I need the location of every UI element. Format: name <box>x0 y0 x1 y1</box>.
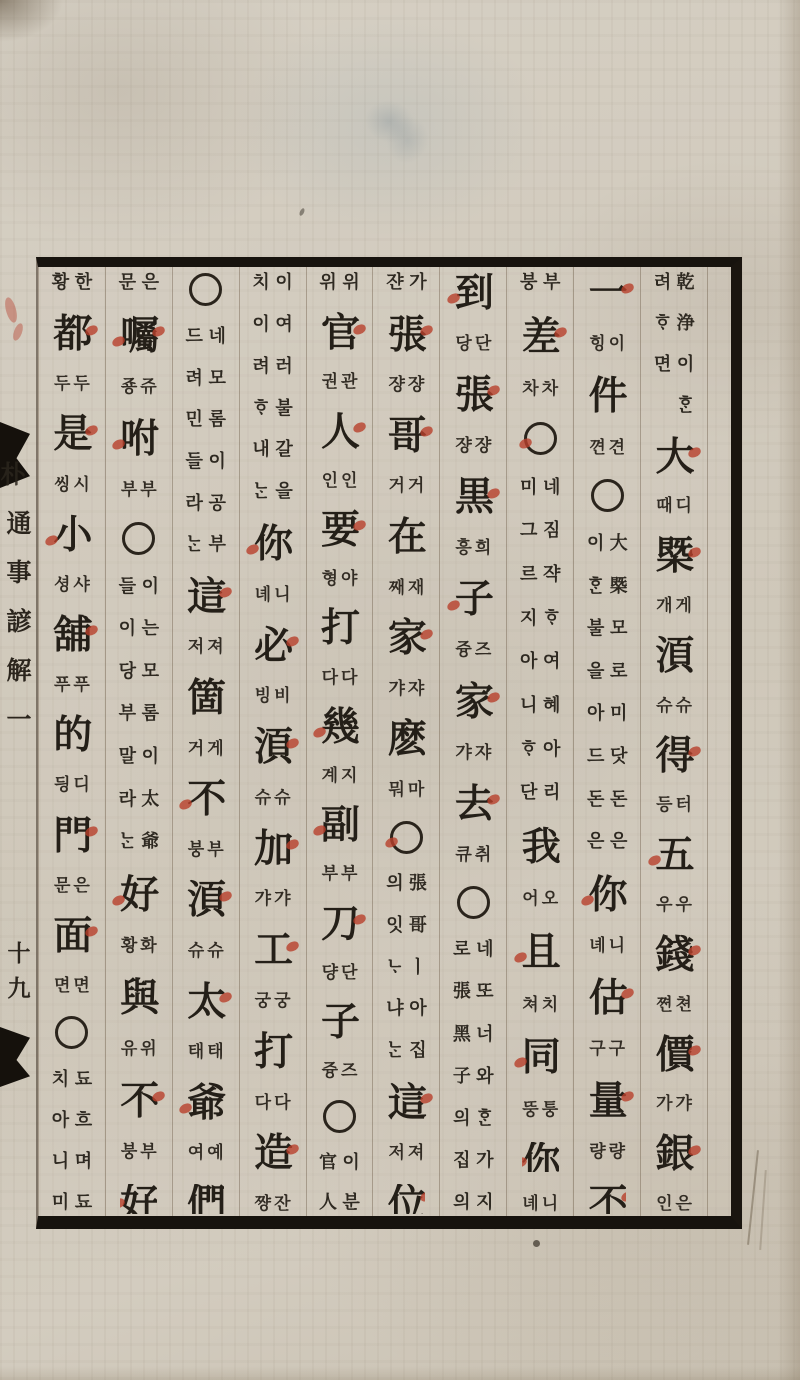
hangul-reading: 부 <box>140 481 156 500</box>
gloss-text-row: 문은 <box>106 273 172 294</box>
gloss-text-row: 붕부 <box>507 273 573 294</box>
blank-column <box>707 267 731 1216</box>
gloss-char: 의 <box>385 874 405 895</box>
gloss-char: 민 <box>184 410 204 431</box>
folio-margin: 朴通事諺解一 十九 <box>0 257 36 1229</box>
hangul-reading: 인 <box>656 1195 672 1214</box>
hangul-reading-pair: 등터 <box>656 796 692 815</box>
hangul-reading: 구 <box>609 1040 625 1059</box>
hangul-reading: 져 <box>408 1144 424 1163</box>
ink-smudge <box>353 88 436 171</box>
text-column: 드네려모민롬들이라공ᄂᆞᆫ부這저져箇거게不붕부湏슈슈太태태爺여예們 <box>172 267 239 1216</box>
hangul-reading-pair: 개게 <box>656 597 692 616</box>
gloss-char: ᄂᆞᆫ <box>117 832 137 853</box>
hangul-reading-pair: 큐취 <box>455 846 491 865</box>
hangul-reading: 희 <box>475 539 491 558</box>
hangul-reading-pair: 뚱퉁 <box>522 1101 558 1120</box>
hanja-character: 們 <box>187 1184 224 1214</box>
hangul-reading: 죵 <box>121 378 137 397</box>
gloss-text-row: 면이 <box>641 355 707 376</box>
gloss-char: ᄂᆞᆫ <box>385 1041 405 1062</box>
gloss-char: 이 <box>341 1153 361 1174</box>
gloss-char: 니 <box>50 1152 70 1173</box>
gloss-char: ᄒᆞᆫ <box>676 396 696 417</box>
hanja-character: 的 <box>53 715 90 756</box>
gloss-char: 가 <box>475 1151 495 1172</box>
gloss-char: 乾 <box>676 273 696 294</box>
hangul-reading: 취 <box>475 846 491 865</box>
hangul-reading: 궁 <box>255 992 271 1011</box>
page-number-char: 九 <box>6 970 32 1003</box>
hangul-reading-pair: 부부 <box>322 865 358 884</box>
hanja-glyph: 小 <box>53 512 90 558</box>
gloss-char: 아 <box>50 1111 70 1132</box>
hanja-glyph: 這 <box>388 1080 425 1126</box>
circle-separator <box>323 1100 356 1133</box>
hanja-character: 造 <box>254 1133 291 1174</box>
gloss-text-row: 냐아 <box>373 999 439 1020</box>
gloss-text-row: 말이 <box>106 747 172 768</box>
hanja-character: 門 <box>53 816 90 857</box>
hanja-character: 得 <box>656 736 693 777</box>
hangul-reading-pair: 슈슈 <box>255 789 291 808</box>
hangul-reading: 권 <box>322 373 338 392</box>
hanja-character: 同 <box>522 1037 559 1078</box>
gloss-text-row: ᄒᆞ浄 <box>641 314 707 335</box>
hangul-reading: 쳐 <box>522 996 538 1015</box>
hanja-character: 家 <box>388 618 425 659</box>
gloss-char: 여 <box>542 652 562 673</box>
hanja-glyph: 得 <box>656 733 693 779</box>
hanja-character: 這 <box>187 577 224 618</box>
gloss-char: 내 <box>251 440 271 461</box>
hanja-character: 是 <box>53 414 90 455</box>
gloss-char: 아 <box>519 652 539 673</box>
hanja-character: 不 <box>589 1184 626 1214</box>
hangul-reading-pair: 녜니 <box>589 937 625 956</box>
gloss-text-row: 들이 <box>106 577 172 598</box>
gloss-char: 은 <box>140 273 160 294</box>
hanja-character: 一 <box>589 273 626 314</box>
gloss-char: 르 <box>519 565 539 586</box>
gloss-char: 로 <box>452 940 472 961</box>
gloss-char <box>653 396 673 417</box>
hangul-reading-pair: 죵쥬 <box>121 378 157 397</box>
gloss-char: 미 <box>50 1193 70 1214</box>
hangul-reading-pair: 슈슈 <box>188 942 224 961</box>
gloss-char: 張 <box>452 982 472 1003</box>
hangul-reading: 갸 <box>676 1095 692 1114</box>
hanja-glyph: 要 <box>321 507 358 553</box>
text-column: 쟌가張쟝쟝哥거거在째재家갸쟈麽뭐마의張잇哥ᄂᆞㅣ냐아ᄂᆞᆫ집這저져位 <box>372 267 439 1216</box>
hangul-reading-pair: 녜니 <box>255 586 291 605</box>
hanja-glyph: 必 <box>254 623 291 669</box>
hangul-reading: 어 <box>522 890 538 909</box>
hangul-reading-pair: 저져 <box>388 1144 424 1163</box>
hanja-character: 你 <box>254 524 291 565</box>
hanja-glyph: 你 <box>522 1142 559 1172</box>
hangul-reading: 면 <box>73 977 89 996</box>
hangul-reading: 은 <box>676 1195 692 1214</box>
gloss-char: 이 <box>251 315 271 336</box>
hangul-reading-pair: 우우 <box>656 896 692 915</box>
gloss-char: 또 <box>475 982 495 1003</box>
hangul-reading: 당 <box>455 335 471 354</box>
hangul-reading: 슈 <box>188 942 204 961</box>
hangul-reading: 두 <box>54 375 70 394</box>
hangul-reading: 거 <box>388 477 404 496</box>
gloss-text-row: 부롬 <box>106 704 172 725</box>
gloss-char: ᄒᆞᆫ <box>475 1109 495 1130</box>
circle-separator <box>457 886 490 919</box>
hangul-reading-pair: 부부 <box>121 481 157 500</box>
hanja-character: 哥 <box>388 416 425 457</box>
gloss-text-row: 지ᄒᆞ <box>507 609 573 630</box>
gloss-char: 여 <box>274 315 294 336</box>
hanja-glyph: 工 <box>254 927 291 973</box>
gloss-char: 哥 <box>408 916 428 937</box>
hangul-reading-pair: 거거 <box>388 477 424 496</box>
hanja-character: 去 <box>455 784 492 825</box>
hangul-reading: 디 <box>676 497 692 516</box>
hanja-character: 件 <box>589 376 626 417</box>
hangul-reading-pair: 푸푸 <box>54 676 90 695</box>
gloss-char: ᄂᆞᆫ <box>184 535 204 556</box>
hanja-character: 工 <box>254 930 291 971</box>
hanja-glyph: 湏 <box>187 877 224 923</box>
page-corner-shade <box>0 0 90 70</box>
hangul-reading: 여 <box>188 1144 204 1163</box>
gloss-char: 아 <box>408 999 428 1020</box>
hangul-reading: 화 <box>140 937 156 956</box>
hangul-reading-pair: 구구 <box>589 1040 625 1059</box>
gloss-char: 로 <box>609 662 629 683</box>
hangul-reading-pair: 인인 <box>322 472 358 491</box>
gloss-text-row: 잇哥 <box>373 916 439 937</box>
gloss-char: 분 <box>341 1193 361 1214</box>
gloss-char: 단 <box>519 783 539 804</box>
gloss-char: 지 <box>519 609 539 630</box>
gloss-char: 위 <box>341 273 361 294</box>
hangul-reading: 인 <box>341 472 357 491</box>
gloss-text-row: ᄂᆞᆫ을 <box>240 482 306 503</box>
hanja-character: 湏 <box>187 880 224 921</box>
hanja-character: 位 <box>388 1184 425 1214</box>
hanja-glyph: 你 <box>254 521 291 567</box>
hangul-reading: 슈 <box>676 697 692 716</box>
hanja-glyph: 的 <box>53 712 90 758</box>
hanja-glyph: 幾 <box>321 704 358 750</box>
hangul-reading: 녜 <box>522 1195 538 1214</box>
hangul-reading: 다 <box>341 669 357 688</box>
hangul-reading: 디 <box>73 776 89 795</box>
hanja-glyph: 張 <box>388 312 425 358</box>
hangul-reading: 인 <box>322 472 338 491</box>
hangul-reading: 붕 <box>121 1143 137 1162</box>
margin-page-number: 十九 <box>6 935 32 1003</box>
hangul-reading: 슈 <box>274 789 290 808</box>
gloss-char: ㅣ <box>408 958 428 979</box>
hangul-reading-pair: 저져 <box>188 638 224 657</box>
gloss-text-row: ᄂᆞᆫ집 <box>373 1041 439 1062</box>
gloss-char: 子 <box>452 1067 472 1088</box>
hanja-glyph: 子 <box>455 576 492 622</box>
gloss-text-row: 이여 <box>240 315 306 336</box>
hangul-reading: 뭐 <box>388 781 404 800</box>
hanja-glyph: 打 <box>254 1029 291 1075</box>
hangul-reading: 관 <box>341 373 357 392</box>
hangul-reading-pair: 딍디 <box>54 776 90 795</box>
gloss-char: 됴 <box>73 1193 93 1214</box>
hangul-reading: 터 <box>676 796 692 815</box>
hangul-reading-pair: 때디 <box>656 497 692 516</box>
gloss-text-row: ᄒᆞᆫ槩 <box>574 577 640 598</box>
hanja-character: 都 <box>53 314 90 355</box>
page-right-edge-shade <box>778 0 800 1380</box>
gloss-char: 붕 <box>519 273 539 294</box>
hangul-reading: 쟈 <box>475 744 491 763</box>
gloss-char: 한 <box>73 273 93 294</box>
hangul-reading: 져 <box>207 638 223 657</box>
gloss-char: 이 <box>207 452 227 473</box>
hanja-character: 在 <box>388 517 425 558</box>
hangul-reading: 니 <box>274 586 290 605</box>
gloss-char: 미 <box>519 478 539 499</box>
hangul-reading-pair: 쟝쟝 <box>388 376 424 395</box>
hanja-glyph: 門 <box>53 813 90 859</box>
hanja-glyph: 在 <box>388 514 425 560</box>
paper-crease <box>759 1170 767 1250</box>
hangul-reading-pair: 껸견 <box>589 439 625 458</box>
gloss-char: 을 <box>274 482 294 503</box>
hanja-character: 咐 <box>120 419 157 460</box>
hangul-reading-pair: 째재 <box>388 579 424 598</box>
hangul-reading-pair: 뭐마 <box>388 781 424 800</box>
hanja-character: 加 <box>254 829 291 870</box>
hanja-character: 必 <box>254 626 291 667</box>
gloss-char: 이 <box>140 747 160 768</box>
scanned-book-page: 朴通事諺解一 十九 려乾ᄒᆞ浄면이ᄒᆞᆫ大때디槩개게湏슈슈得등터五우우錢쪈쳔價가… <box>0 0 800 1380</box>
hangul-reading: 퉁 <box>542 1101 558 1120</box>
hanja-character: 你 <box>589 875 626 916</box>
gloss-char: 불 <box>586 619 606 640</box>
text-column: 려乾ᄒᆞ浄면이ᄒᆞᆫ大때디槩개게湏슈슈得등터五우우錢쪈쳔價가갸銀인은 <box>640 267 707 1216</box>
gloss-text-row: 張또 <box>440 982 506 1003</box>
hanja-glyph: 都 <box>53 311 90 357</box>
gloss-char: 라 <box>117 790 137 811</box>
circle-separator <box>591 479 624 512</box>
hangul-reading-pair: 쨩잔 <box>255 1195 291 1214</box>
hanja-glyph: 官 <box>321 310 358 356</box>
hanja-glyph: 黒 <box>455 474 492 520</box>
gloss-text-row: 쟌가 <box>373 273 439 294</box>
hangul-reading: 문 <box>54 877 70 896</box>
gloss-text-row: ᄂᆞᆫ부 <box>173 535 239 556</box>
gloss-char: 치 <box>251 273 271 294</box>
hanja-glyph: 囑 <box>120 313 157 359</box>
gloss-text-row: 불모 <box>574 619 640 640</box>
gloss-char: 부 <box>542 273 562 294</box>
hangul-reading: 씽 <box>54 476 70 495</box>
hanja-glyph: 麽 <box>388 716 425 762</box>
text-column: 문은囑죵쥬咐부부들이이는당모부롬말이라太ᄂᆞᆫ爺好황화與유위不붕부好 <box>105 267 172 1216</box>
gloss-char: 爺 <box>140 832 160 853</box>
hangul-reading: 부 <box>121 481 137 500</box>
text-columns: 려乾ᄒᆞ浄면이ᄒᆞᆫ大때디槩개게湏슈슈得등터五우우錢쪈쳔價가갸銀인은一힝이件껸견… <box>38 267 731 1216</box>
hangul-reading: 다 <box>255 1094 271 1113</box>
hangul-reading-pair: 힝이 <box>589 335 625 354</box>
hangul-reading: 거 <box>408 477 424 496</box>
hangul-reading: 구 <box>589 1040 605 1059</box>
gloss-text-row: 니며 <box>39 1152 105 1173</box>
hanja-glyph: 們 <box>187 1184 224 1214</box>
gloss-char: 와 <box>475 1067 495 1088</box>
gloss-char: 浄 <box>676 314 696 335</box>
hanja-glyph: 家 <box>388 615 425 661</box>
gloss-text-row: 미네 <box>507 478 573 499</box>
gloss-char: 집 <box>408 1041 428 1062</box>
hangul-reading-pair: 갸쟈 <box>455 744 491 763</box>
gloss-char: 모 <box>609 619 629 640</box>
hanja-glyph: 舖 <box>53 612 90 658</box>
hanja-character: 面 <box>53 916 90 957</box>
gloss-char: 은 <box>586 832 606 853</box>
hanja-glyph: 家 <box>455 679 492 725</box>
hanja-character: 湏 <box>254 727 291 768</box>
hanja-glyph: 造 <box>254 1130 291 1176</box>
circle-separator <box>122 522 155 555</box>
page-bottom-edge-shade <box>0 1366 800 1380</box>
hangul-reading-pair: 궁궁 <box>255 992 291 1011</box>
hangul-reading: 오 <box>542 890 558 909</box>
hanja-glyph: 子 <box>321 999 358 1045</box>
gloss-char: 며 <box>73 1152 93 1173</box>
hanja-character: 人 <box>321 412 358 453</box>
gloss-text-row: 官이 <box>307 1153 373 1174</box>
gloss-char: 롬 <box>207 410 227 431</box>
gloss-char: 돈 <box>609 790 629 811</box>
hangul-reading: 쟝 <box>475 437 491 456</box>
gloss-text-row: ᄒᆞ아 <box>507 740 573 761</box>
gloss-text-row: 의지 <box>440 1193 506 1214</box>
hanja-glyph: 不 <box>187 776 224 822</box>
gloss-text-row: 드닷 <box>574 747 640 768</box>
hangul-reading: 째 <box>388 579 404 598</box>
hangul-reading-pair: 인은 <box>656 1195 692 1214</box>
gloss-text-row: 드네 <box>173 327 239 348</box>
gloss-text-row: ᄒᆞ불 <box>240 399 306 420</box>
gloss-text-row: 아미 <box>574 704 640 725</box>
hangul-reading-pair: 붕부 <box>121 1143 157 1162</box>
hanja-character: 不 <box>187 779 224 820</box>
gloss-char: 人 <box>318 1193 338 1214</box>
margin-title-char: 一 <box>4 700 34 736</box>
hanja-glyph: 五 <box>656 832 693 878</box>
margin-title-char: 通 <box>4 504 34 540</box>
hanja-character: 張 <box>455 375 492 416</box>
circle-separator <box>524 422 557 455</box>
gloss-char: 黑 <box>452 1025 472 1046</box>
gloss-char: 려 <box>251 357 271 378</box>
hangul-reading: 은 <box>73 877 89 896</box>
hangul-reading: 슈 <box>207 942 223 961</box>
gloss-char: 이 <box>586 534 606 555</box>
hanja-glyph: 且 <box>522 929 559 975</box>
hangul-reading: 즈 <box>341 1062 357 1081</box>
hangul-reading: 량 <box>609 1143 625 1162</box>
gloss-char: ᄒᆞ <box>251 399 271 420</box>
gloss-char: 드 <box>184 327 204 348</box>
hangul-reading: 견 <box>609 439 625 458</box>
hangul-reading: 쟝 <box>408 376 424 395</box>
hangul-reading: 부 <box>207 841 223 860</box>
hangul-reading-pair: 쪈쳔 <box>656 996 692 1015</box>
hanja-glyph: 錢 <box>656 932 693 978</box>
gloss-char: 을 <box>586 662 606 683</box>
hanja-glyph: 估 <box>589 975 626 1021</box>
hanja-character: 槩 <box>656 536 693 577</box>
hangul-reading: 푸 <box>73 676 89 695</box>
hangul-reading-pair: 쟝쟝 <box>455 437 491 456</box>
gloss-text-row: 내갈 <box>240 440 306 461</box>
hangul-reading-pair: 다다 <box>322 669 358 688</box>
hanja-glyph: 位 <box>388 1184 425 1214</box>
hangul-reading: 차 <box>522 380 538 399</box>
hangul-reading-pair: 가갸 <box>656 1095 692 1114</box>
hangul-reading-pair: 빙비 <box>255 687 291 706</box>
hangul-reading: 큐 <box>455 846 471 865</box>
hanja-glyph: 湏 <box>254 724 291 770</box>
gloss-text-row: 르쟉 <box>507 565 573 586</box>
hanja-character: 囑 <box>120 316 157 357</box>
hangul-reading: 태 <box>188 1043 204 1062</box>
hangul-reading-pair: 댱단 <box>322 964 358 983</box>
gloss-char: 드 <box>586 747 606 768</box>
gloss-char: 짐 <box>542 521 562 542</box>
gloss-char: ᄒᆞᆫ <box>586 577 606 598</box>
hangul-reading: 빙 <box>255 687 271 706</box>
hanja-character: 刀 <box>321 904 358 945</box>
hangul-reading: 게 <box>676 597 692 616</box>
hanja-glyph: 這 <box>187 574 224 620</box>
gloss-char: 혜 <box>542 696 562 717</box>
gloss-char: 공 <box>207 494 227 515</box>
gloss-char: 너 <box>475 1025 495 1046</box>
gloss-char: 부 <box>207 535 227 556</box>
hangul-reading: 슈 <box>656 697 672 716</box>
gloss-char: 쟉 <box>542 565 562 586</box>
hangul-reading: 슈 <box>255 789 271 808</box>
hangul-reading: 차 <box>542 380 558 399</box>
hanja-glyph: 一 <box>589 270 626 316</box>
gloss-char: 집 <box>452 1151 472 1172</box>
hangul-reading-pair: 계지 <box>322 767 358 786</box>
hangul-reading: 쟝 <box>388 376 404 395</box>
gloss-char: 려 <box>184 369 204 390</box>
hangul-reading-pair: 문은 <box>54 877 90 896</box>
text-frame: 려乾ᄒᆞ浄면이ᄒᆞᆫ大때디槩개게湏슈슈得등터五우우錢쪈쳔價가갸銀인은一힝이件껸견… <box>36 257 742 1229</box>
hanja-character: 幾 <box>321 707 358 748</box>
hangul-reading: 부 <box>341 865 357 884</box>
hanja-character: 子 <box>321 1002 358 1043</box>
text-column: 황한都두두是씽시小셩샤舖푸푸的딍디門문은面면면치됴아흐니며미됴 <box>38 267 105 1216</box>
gloss-char: 려 <box>653 273 673 294</box>
gloss-char: 이 <box>274 273 294 294</box>
hanja-character: 五 <box>656 835 693 876</box>
gloss-char: 라 <box>184 494 204 515</box>
gloss-text-row: 미됴 <box>39 1193 105 1214</box>
hanja-character: 舖 <box>53 615 90 656</box>
